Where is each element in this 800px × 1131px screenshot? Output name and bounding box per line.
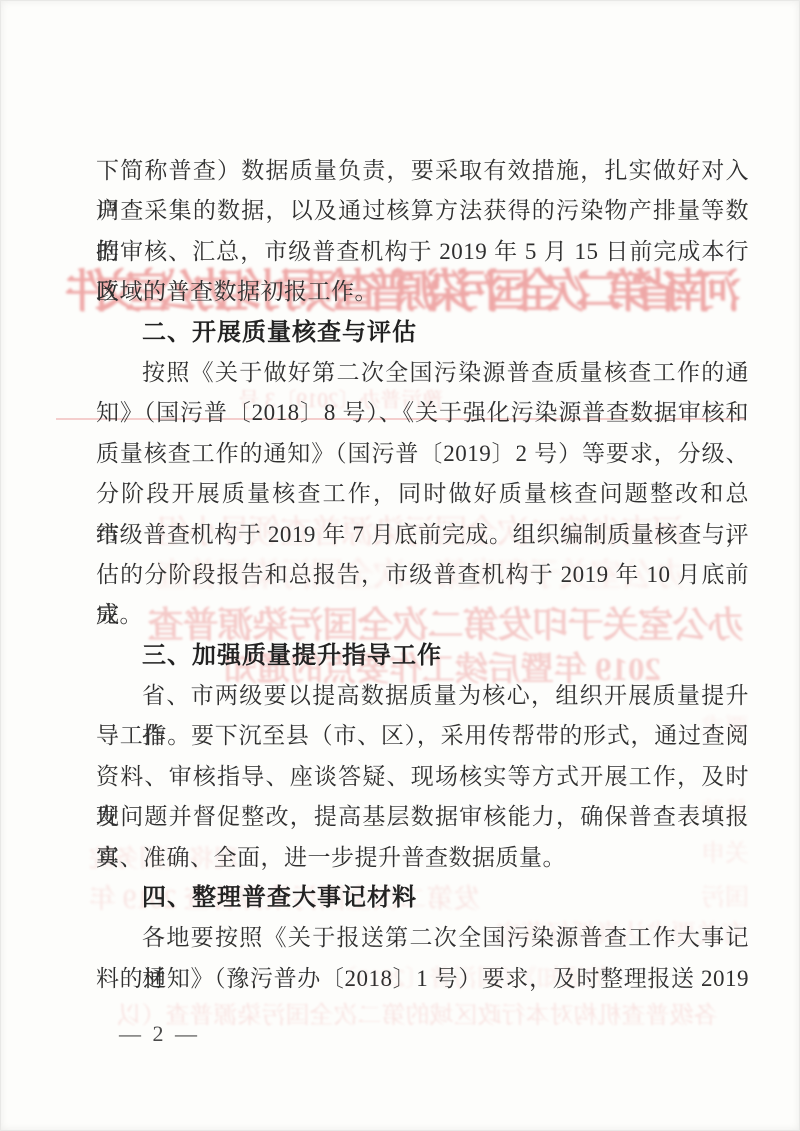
body-line: 下简称普查）数据质量负责，要采取有效措施，扎实做好对入户: [96, 151, 749, 191]
body-line: 分阶段开展质量核查工作，同时做好质量核查问题整改和总结，: [96, 474, 749, 514]
body-line: 资料、审核指导、座谈答疑、现场核实等方式开展工作，及时发: [96, 757, 749, 797]
body-line: 知》（国污普〔2018〕8 号）、《关于强化污染源普查数据审核和: [96, 393, 749, 433]
body-line: 估的分阶段报告和总报告，市级普查机构于 2019 年 10 月底前完: [96, 555, 749, 595]
body-line: 导工作。要下沉至县（市、区），采用传帮带的形式，通过查阅: [96, 716, 749, 756]
section-heading: 三、加强质量提升指导工作: [96, 636, 749, 676]
body-line: 料的通知》（豫污普办〔2018〕1 号）要求，及时整理报送 2019: [96, 959, 749, 999]
body-line: 现问题并督促整改，提高基层数据审核能力，确保普查表填报真: [96, 797, 749, 837]
body-line: 区域的普查数据初报工作。: [96, 272, 749, 312]
section-heading: 二、开展质量核查与评估: [96, 313, 749, 353]
body-line: 按照《关于做好第二次全国污染源普查质量核查工作的通: [96, 353, 749, 393]
body-line: 质量核查工作的通知》（国污普〔2019〕2 号）等要求，分级、: [96, 434, 749, 474]
body-line: 调查采集的数据，以及通过核算方法获得的污染物产排量等数据: [96, 191, 749, 231]
body-line: 的审核、汇总，市级普查机构于 2019 年 5 月 15 日前完成本行政: [96, 232, 749, 272]
document-page: 河南省第二次全国污染源普查领导小组办公室文件豫污普办〔2019〕3 号河南省第二…: [0, 0, 800, 1131]
body-line: 实、准确、全面，进一步提升普查数据质量。: [96, 838, 749, 878]
document-text: 下简称普查）数据质量负责，要采取有效措施，扎实做好对入户调查采集的数据，以及通过…: [96, 151, 749, 999]
section-heading: 四、整理普查大事记材料: [96, 878, 749, 918]
page-number: — 2 —: [119, 1021, 200, 1047]
body-line: 省、市两级要以提高数据质量为核心，组织开展质量提升指: [96, 676, 749, 716]
body-line: 成。: [96, 595, 749, 635]
body-line: 各地要按照《关于报送第二次全国污染源普查工作大事记材: [96, 918, 749, 958]
body-line: 市级普查机构于 2019 年 7 月底前完成。组织编制质量核查与评: [96, 515, 749, 555]
